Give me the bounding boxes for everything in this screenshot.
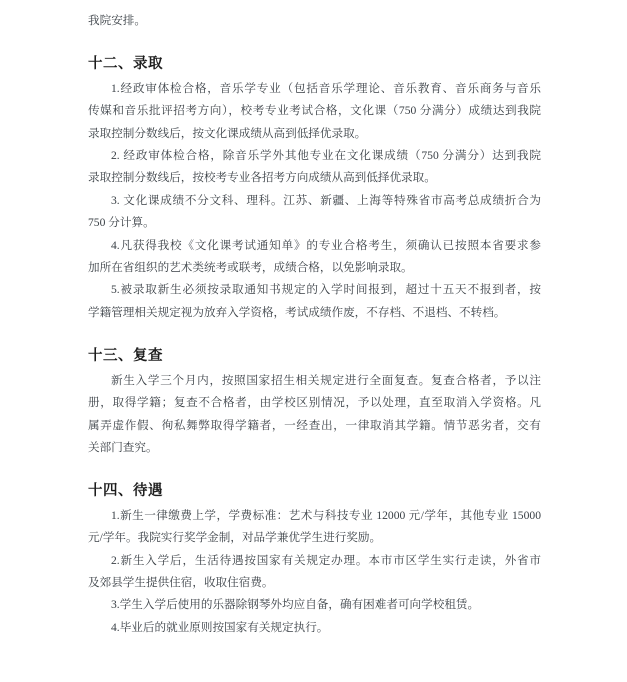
paragraph-line: 关部门查究。 [88, 437, 541, 459]
paragraph-line: 3.学生入学后使用的乐器除钢琴外均应自备，确有困难者可向学校租赁。 [88, 594, 541, 616]
paragraph: 3. 文化课成绩不分文科、理科。江苏、新疆、上海等特殊省市高考总成绩折合为 75… [88, 190, 541, 235]
section-heading-recheck: 十三、复查 [88, 345, 541, 367]
intro-paragraph: 我院安排。 [88, 10, 541, 32]
paragraph-line: 4.凡获得我校《文化课考试通知单》的专业合格考生，须确认已按照本省要求参 [88, 235, 541, 257]
paragraph-line: 学籍管理相关规定视为放弃入学资格，考试成绩作废，不存档、不退档、不转档。 [88, 302, 541, 324]
paragraph-line: 加所在省组织的艺术类统考或联考，成绩合格，以免影响录取。 [88, 257, 541, 279]
paragraph: 4.凡获得我校《文化课考试通知单》的专业合格考生，须确认已按照本省要求参 加所在… [88, 235, 541, 280]
paragraph: 2.新生入学后，生活待遇按国家有关规定办理。本市市区学生实行走读，外省市 及郊县… [88, 550, 541, 595]
paragraph: 5.被录取新生必须按录取通知书规定的入学时间报到，超过十五天不报到者，按 学籍管… [88, 279, 541, 324]
paragraph-line: 属弄虚作假、徇私舞弊取得学籍者，一经查出，一律取消其学籍。情节恶劣者，交有 [88, 415, 541, 437]
paragraph-line: 传媒和音乐批评招考方向），校考专业考试合格，文化课（750 分满分）成绩达到我院 [88, 100, 541, 122]
paragraph-line: 1.经政审体检合格，音乐学专业（包括音乐学理论、音乐教育、音乐商务与音乐 [88, 78, 541, 100]
paragraph-line: 2. 经政审体检合格，除音乐学外其他专业在文化课成绩（750 分满分）达到我院 [88, 145, 541, 167]
paragraph: 1.经政审体检合格，音乐学专业（包括音乐学理论、音乐教育、音乐商务与音乐 传媒和… [88, 78, 541, 145]
paragraph-line: 4.毕业后的就业原则按国家有关规定执行。 [88, 617, 541, 639]
paragraph: 3.学生入学后使用的乐器除钢琴外均应自备，确有困难者可向学校租赁。 [88, 594, 541, 616]
paragraph-line: 1.新生一律缴费上学，学费标准：艺术与科技专业 12000 元/学年，其他专业 … [88, 505, 541, 527]
paragraph-line: 2.新生入学后，生活待遇按国家有关规定办理。本市市区学生实行走读，外省市 [88, 550, 541, 572]
paragraph-line: 录取控制分数线后，按校考专业各招考方向成绩从高到低择优录取。 [88, 167, 541, 189]
document-page: 我院安排。 十二、录取 1.经政审体检合格，音乐学专业（包括音乐学理论、音乐教育… [0, 0, 627, 682]
section-heading-admission: 十二、录取 [88, 53, 541, 75]
paragraph-line: 5.被录取新生必须按录取通知书规定的入学时间报到，超过十五天不报到者，按 [88, 279, 541, 301]
document-content: 我院安排。 十二、录取 1.经政审体检合格，音乐学专业（包括音乐学理论、音乐教育… [88, 10, 541, 639]
paragraph: 1.新生一律缴费上学，学费标准：艺术与科技专业 12000 元/学年，其他专业 … [88, 505, 541, 550]
paragraph-line: 3. 文化课成绩不分文科、理科。江苏、新疆、上海等特殊省市高考总成绩折合为 [88, 190, 541, 212]
paragraph-line: 录取控制分数线后，按文化课成绩从高到低择优录取。 [88, 123, 541, 145]
intro-line: 我院安排。 [88, 10, 541, 32]
paragraph-line: 册，取得学籍；复查不合格者，由学校区别情况，予以处理，直至取消入学资格。凡 [88, 392, 541, 414]
paragraph: 2. 经政审体检合格，除音乐学外其他专业在文化课成绩（750 分满分）达到我院 … [88, 145, 541, 190]
paragraph-line: 新生入学三个月内，按照国家招生相关规定进行全面复查。复查合格者，予以注 [88, 370, 541, 392]
paragraph: 4.毕业后的就业原则按国家有关规定执行。 [88, 617, 541, 639]
paragraph-line: 元/学年。我院实行奖学金制，对品学兼优学生进行奖励。 [88, 527, 541, 549]
paragraph-line: 750 分计算。 [88, 212, 541, 234]
paragraph: 新生入学三个月内，按照国家招生相关规定进行全面复查。复查合格者，予以注 册，取得… [88, 370, 541, 460]
paragraph-line: 及郊县学生提供住宿，收取住宿费。 [88, 572, 541, 594]
section-heading-treatment: 十四、待遇 [88, 480, 541, 502]
